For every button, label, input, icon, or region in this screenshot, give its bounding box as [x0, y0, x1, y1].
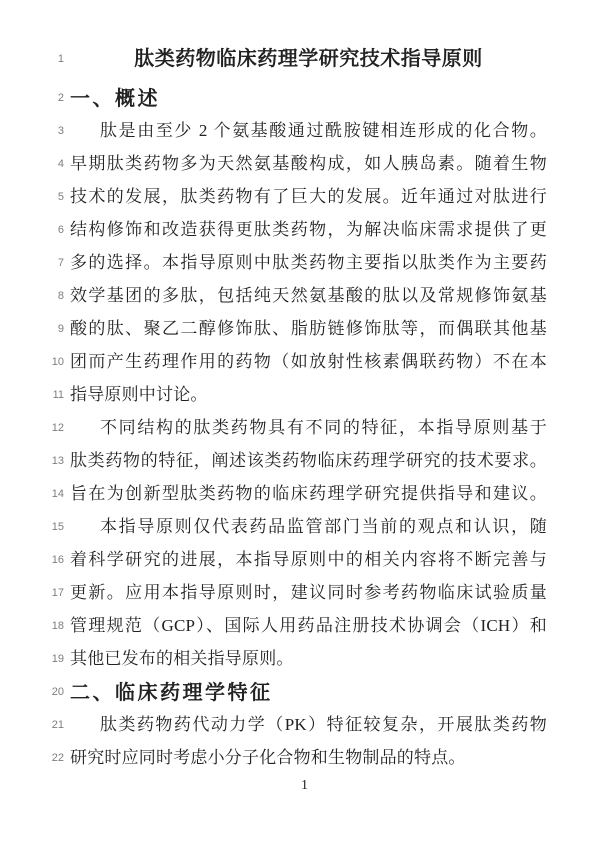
doc-line: 8 效学基团的多肽，包括纯天然氨基酸的肽以及常规修饰氨基: [0, 280, 609, 313]
doc-line: 18 管理规范（GCP）、国际人用药品注册技术协调会（ICH）和: [0, 610, 609, 643]
doc-line: 16 着科学研究的进展，本指导原则中的相关内容将不断完善与: [0, 544, 609, 577]
line-number: 1: [0, 54, 64, 65]
line-number: 20: [0, 687, 64, 698]
line-text: 旨在为创新型肽类药物的临床药理学研究提供指导和建议。: [70, 485, 547, 504]
line-number: 4: [0, 159, 64, 170]
doc-line: 10 团而产生药理作用的药物（如放射性核素偶联药物）不在本: [0, 346, 609, 379]
doc-line: 3 肽是由至少 2 个氨基酸通过酰胺键相连形成的化合物。: [0, 115, 609, 148]
line-number: 15: [0, 522, 64, 533]
doc-line: 13 肽类药物的特征，阐述该类药物临床药理学研究的技术要求。: [0, 445, 609, 478]
document-title: 肽类药物临床药理学研究技术指导原则: [70, 48, 547, 70]
line-number: 19: [0, 654, 64, 665]
line-text: 更新。应用本指导原则时，建议同时参考药物临床试验质量: [70, 584, 547, 603]
doc-line: 2 一、概述: [0, 82, 609, 115]
line-number: 10: [0, 357, 64, 368]
doc-line: 20 二、临床药理学特征: [0, 676, 609, 709]
line-number: 11: [0, 390, 64, 401]
line-number: 9: [0, 324, 64, 335]
line-text: 肽是由至少 2 个氨基酸通过酰胺键相连形成的化合物。: [70, 122, 547, 141]
doc-line: 7 多的选择。本指导原则中肽类药物主要指以肽类作为主要药: [0, 247, 609, 280]
doc-line: 9 酸的肽、聚乙二醇修饰肽、脂肪链修饰肽等，而偶联其他基: [0, 313, 609, 346]
line-number: 22: [0, 753, 64, 764]
line-text: 其他已发布的相关指导原则。: [70, 650, 547, 669]
line-text: 早期肽类药物多为天然氨基酸构成，如人胰岛素。随着生物: [70, 155, 547, 174]
doc-line: 4 早期肽类药物多为天然氨基酸构成，如人胰岛素。随着生物: [0, 148, 609, 181]
line-text: 多的选择。本指导原则中肽类药物主要指以肽类作为主要药: [70, 254, 547, 273]
doc-line: 22 研究时应同时考虑小分子化合物和生物制品的特点。: [0, 742, 609, 775]
line-number: 17: [0, 588, 64, 599]
line-number: 21: [0, 720, 64, 731]
line-text: 不同结构的肽类药物具有不同的特征，本指导原则基于: [70, 419, 547, 438]
line-number: 7: [0, 258, 64, 269]
line-text: 团而产生药理作用的药物（如放射性核素偶联药物）不在本: [70, 353, 547, 372]
doc-line: 5 技术的发展，肽类药物有了巨大的发展。近年通过对肽进行: [0, 181, 609, 214]
document-page: 1 肽类药物临床药理学研究技术指导原则 2 一、概述 3 肽是由至少 2 个氨基…: [0, 0, 609, 841]
line-text: 效学基团的多肽，包括纯天然氨基酸的肽以及常规修饰氨基: [70, 287, 547, 306]
doc-line: 21 肽类药物药代动力学（PK）特征较复杂，开展肽类药物: [0, 709, 609, 742]
line-number: 6: [0, 225, 64, 236]
line-text: 肽类药物的特征，阐述该类药物临床药理学研究的技术要求。: [70, 452, 547, 471]
line-number: 16: [0, 555, 64, 566]
line-text: 肽类药物药代动力学（PK）特征较复杂，开展肽类药物: [70, 716, 547, 735]
line-number: 12: [0, 423, 64, 434]
section-heading: 一、概述: [70, 88, 547, 110]
doc-line: 14 旨在为创新型肽类药物的临床药理学研究提供指导和建议。: [0, 478, 609, 511]
line-text: 结构修饰和改造获得更肽类药物，为解决临床需求提供了更: [70, 221, 547, 240]
line-text: 指导原则中讨论。: [70, 386, 547, 405]
line-text: 酸的肽、聚乙二醇修饰肽、脂肪链修饰肽等，而偶联其他基: [70, 320, 547, 339]
line-number: 2: [0, 93, 64, 104]
line-number: 14: [0, 489, 64, 500]
line-number: 18: [0, 621, 64, 632]
page-number: 1: [0, 775, 609, 797]
line-text: 本指导原则仅代表药品监管部门当前的观点和认识，随: [70, 518, 547, 537]
doc-line: 1 肽类药物临床药理学研究技术指导原则: [0, 36, 609, 82]
line-number: 8: [0, 291, 64, 302]
doc-line: 19 其他已发布的相关指导原则。: [0, 643, 609, 676]
doc-line: 12 不同结构的肽类药物具有不同的特征，本指导原则基于: [0, 412, 609, 445]
doc-line: 11 指导原则中讨论。: [0, 379, 609, 412]
line-text: 研究时应同时考虑小分子化合物和生物制品的特点。: [70, 749, 547, 768]
line-number: 13: [0, 456, 64, 467]
document-content: 1 肽类药物临床药理学研究技术指导原则 2 一、概述 3 肽是由至少 2 个氨基…: [0, 0, 609, 797]
doc-line: 6 结构修饰和改造获得更肽类药物，为解决临床需求提供了更: [0, 214, 609, 247]
line-number: 3: [0, 126, 64, 137]
line-number: 5: [0, 192, 64, 203]
line-text: 着科学研究的进展，本指导原则中的相关内容将不断完善与: [70, 551, 547, 570]
doc-line: 15 本指导原则仅代表药品监管部门当前的观点和认识，随: [0, 511, 609, 544]
section-heading: 二、临床药理学特征: [70, 682, 547, 704]
line-text: 管理规范（GCP）、国际人用药品注册技术协调会（ICH）和: [70, 617, 547, 636]
doc-line: 17 更新。应用本指导原则时，建议同时参考药物临床试验质量: [0, 577, 609, 610]
line-text: 技术的发展，肽类药物有了巨大的发展。近年通过对肽进行: [70, 188, 547, 207]
